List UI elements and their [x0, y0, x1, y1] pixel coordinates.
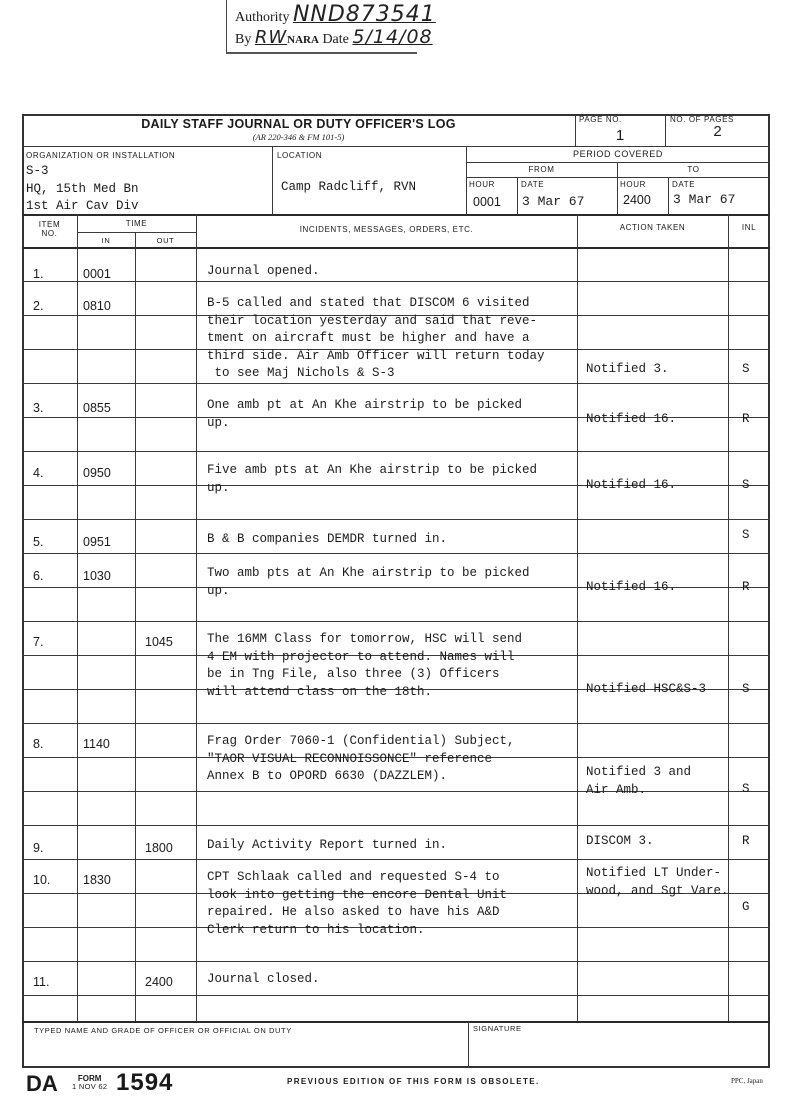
incident-text-line: Daily Activity Report turned in.	[207, 838, 447, 852]
authority-line: Authority NND873541	[235, 2, 436, 27]
incident-text-line: B-5 called and stated that DISCOM 6 visi…	[207, 296, 530, 310]
divider	[77, 214, 78, 1022]
to-date-value: 3 Mar 67	[673, 192, 735, 207]
divider	[728, 214, 729, 1022]
initials-code: S	[742, 782, 750, 796]
action-taken-line: Air Amb.	[586, 783, 646, 797]
by-label: By	[235, 32, 251, 47]
ruled-line	[22, 383, 770, 384]
incident-text-line: One amb pt at An Khe airstrip to be pick…	[207, 398, 522, 412]
col-out-header: OUT	[135, 236, 196, 245]
action-taken-line: Notified LT Under-	[586, 866, 721, 880]
action-taken-line: DISCOM 3.	[586, 834, 654, 848]
action-taken-line: Notified 3 and	[586, 765, 691, 779]
from-hour-label: HOUR	[469, 180, 495, 189]
by-line: By RWNARA Date 5/14/08	[235, 26, 433, 48]
location-value: Camp Radcliff, RVN	[281, 180, 416, 194]
incident-text-line: Journal closed.	[207, 972, 320, 986]
to-label: TO	[617, 165, 770, 174]
action-taken-line: Notified 16.	[586, 412, 676, 426]
from-hour-value: 0001	[473, 195, 501, 209]
obsolete-notice: PREVIOUS EDITION OF THIS FORM IS OBSOLET…	[287, 1077, 540, 1086]
incident-text-line: Annex B to OPORD 6630 (DAZZLEM).	[207, 769, 447, 783]
initials-code: G	[742, 900, 750, 914]
ruled-line	[22, 961, 770, 962]
item-number: 3.	[33, 401, 43, 415]
incident-text-line: Five amb pts at An Khe airstrip to be pi…	[207, 463, 537, 477]
incident-text-line: up.	[207, 416, 230, 430]
initials-code: R	[742, 834, 750, 848]
incident-text-line: Journal opened.	[207, 264, 320, 278]
initials-code: R	[742, 412, 750, 426]
time-in: 1030	[83, 569, 111, 583]
initials-code: S	[742, 362, 750, 376]
col-in-header: IN	[77, 236, 135, 245]
initials-code: S	[742, 682, 750, 696]
organization-line-1: S-3	[26, 164, 49, 178]
ruled-line	[22, 621, 770, 622]
time-out: 1800	[145, 841, 173, 855]
page-no-value: 1	[575, 127, 665, 144]
time-in: 0001	[83, 267, 111, 281]
ruled-line	[22, 281, 770, 282]
incident-text-line: third side. Air Amb Officer will return …	[207, 349, 545, 363]
time-out: 1045	[145, 635, 173, 649]
divider	[196, 214, 197, 1022]
col-item-label: ITEM	[22, 220, 77, 229]
divider	[466, 162, 770, 163]
ruled-line	[22, 519, 770, 520]
col-no-label: NO.	[22, 229, 77, 238]
to-date-label: DATE	[672, 180, 695, 189]
signature-label: SIGNATURE	[473, 1024, 522, 1033]
divider	[466, 177, 770, 178]
incident-text-line: up.	[207, 584, 230, 598]
divider	[22, 214, 770, 216]
no-of-pages-value: 2	[665, 123, 770, 140]
item-number: 8.	[33, 737, 43, 751]
form-date: 1 NOV 62	[72, 1083, 107, 1091]
item-number: 5.	[33, 535, 43, 549]
printer-credit: PPC, Japan	[731, 1077, 763, 1085]
divider	[517, 177, 518, 214]
col-incidents-header: INCIDENTS, MESSAGES, ORDERS, ETC.	[196, 225, 577, 234]
col-item-header: ITEM NO.	[22, 220, 77, 238]
ruled-line	[22, 723, 770, 724]
by-initials: RW	[255, 27, 287, 48]
incident-text-line: look into getting the encore Dental Unit	[207, 888, 507, 902]
ruled-line	[22, 825, 770, 826]
divider	[468, 1021, 469, 1068]
divider	[577, 214, 578, 1022]
time-in: 1140	[83, 737, 110, 751]
incident-text-line: 4 EM with projector to attend. Names wil…	[207, 650, 515, 664]
organization-line-2: HQ, 15th Med Bn	[26, 182, 139, 196]
time-in: 0810	[83, 299, 111, 313]
time-in: 1830	[83, 873, 111, 887]
col-time-header: TIME	[77, 219, 196, 228]
organization-line-3: 1st Air Cav Div	[26, 199, 139, 213]
to-hour-value: 2400	[623, 193, 651, 207]
authority-value: NND873541	[293, 2, 436, 27]
location-label: LOCATION	[277, 151, 322, 160]
time-in: 0855	[83, 401, 111, 415]
form-label-block: FORM 1 NOV 62	[72, 1075, 107, 1091]
incident-text-line: "TAOR VISUAL RECONNOISSONCE" reference	[207, 752, 492, 766]
item-number: 6.	[33, 569, 43, 583]
incident-text-line: tment on aircraft must be higher and hav…	[207, 331, 530, 345]
form-number: 1594	[116, 1069, 173, 1097]
to-hour-label: HOUR	[620, 180, 646, 189]
divider	[135, 232, 136, 1022]
incident-text-line: B & B companies DEMDR turned in.	[207, 532, 447, 546]
incident-text-line: their location yesterday and said that r…	[207, 314, 537, 328]
divider	[668, 177, 669, 214]
initials-code: S	[742, 478, 750, 492]
incident-text-line: Two amb pts at An Khe airstrip to be pic…	[207, 566, 530, 580]
item-number: 4.	[33, 466, 43, 480]
divider	[77, 232, 196, 233]
action-taken-line: Notified 16.	[586, 580, 676, 594]
divider	[22, 1021, 770, 1023]
incident-text-line: CPT Schlaak called and requested S-4 to	[207, 870, 500, 884]
incident-text-line: to see Maj Nichols & S-3	[207, 366, 395, 380]
divider	[22, 146, 770, 147]
officer-name-label: TYPED NAME AND GRADE OF OFFICER OR OFFIC…	[34, 1026, 292, 1035]
initials-code: R	[742, 580, 750, 594]
divider	[272, 146, 273, 214]
ruled-line	[22, 553, 770, 554]
period-covered-label: PERIOD COVERED	[466, 149, 770, 159]
form-subtitle: (AR 220-346 & FM 101-5)	[22, 132, 575, 142]
action-taken-line: Notified HSC&S-3	[586, 682, 706, 696]
page-no-label: PAGE NO.	[579, 115, 622, 124]
form-prefix: DA	[26, 1071, 58, 1097]
form-title: DAILY STAFF JOURNAL OR DUTY OFFICER'S LO…	[22, 117, 575, 131]
from-date-value: 3 Mar 67	[522, 194, 584, 209]
time-out: 2400	[145, 975, 173, 989]
item-number: 2.	[33, 299, 43, 313]
incident-text-line: The 16MM Class for tomorrow, HSC will se…	[207, 632, 522, 646]
incident-text-line: will attend class on the 18th.	[207, 685, 432, 699]
agency: NARA	[287, 34, 319, 46]
time-in: 0951	[83, 535, 111, 549]
incident-text-line: Frag Order 7060-1 (Confidential) Subject…	[207, 734, 515, 748]
incident-text-line: Clerk return to his location.	[207, 923, 425, 937]
col-action-header: ACTION TAKEN	[577, 223, 728, 232]
action-taken-line: wood, and Sgt Vare.	[586, 884, 729, 898]
item-number: 7.	[33, 635, 43, 649]
incident-text-line: be in Tng File, also three (3) Officers	[207, 667, 500, 681]
from-date-label: DATE	[521, 180, 544, 189]
item-number: 11.	[33, 975, 49, 989]
declassification-stamp: Authority NND873541 By RWNARA Date 5/14/…	[226, 0, 417, 54]
date-label: Date	[322, 32, 348, 47]
action-taken-line: Notified 3.	[586, 362, 669, 376]
col-inl-header: INL	[728, 223, 770, 232]
from-label: FROM	[466, 165, 617, 174]
incident-text-line: repaired. He also asked to have his A&D	[207, 905, 500, 919]
ruled-line	[22, 791, 770, 792]
incident-text-line: up.	[207, 481, 230, 495]
action-taken-line: Notified 16.	[586, 478, 676, 492]
stamp-date: 5/14/08	[352, 26, 432, 48]
authority-label: Authority	[235, 10, 289, 25]
ruled-line	[22, 995, 770, 996]
item-number: 9.	[33, 841, 43, 855]
ruled-line	[22, 859, 770, 860]
ruled-line	[22, 451, 770, 452]
initials-code: S	[742, 528, 750, 542]
item-number: 1.	[33, 267, 43, 281]
item-number: 10.	[33, 873, 50, 887]
organization-label: ORGANIZATION OR INSTALLATION	[26, 151, 175, 160]
time-in: 0950	[83, 466, 111, 480]
